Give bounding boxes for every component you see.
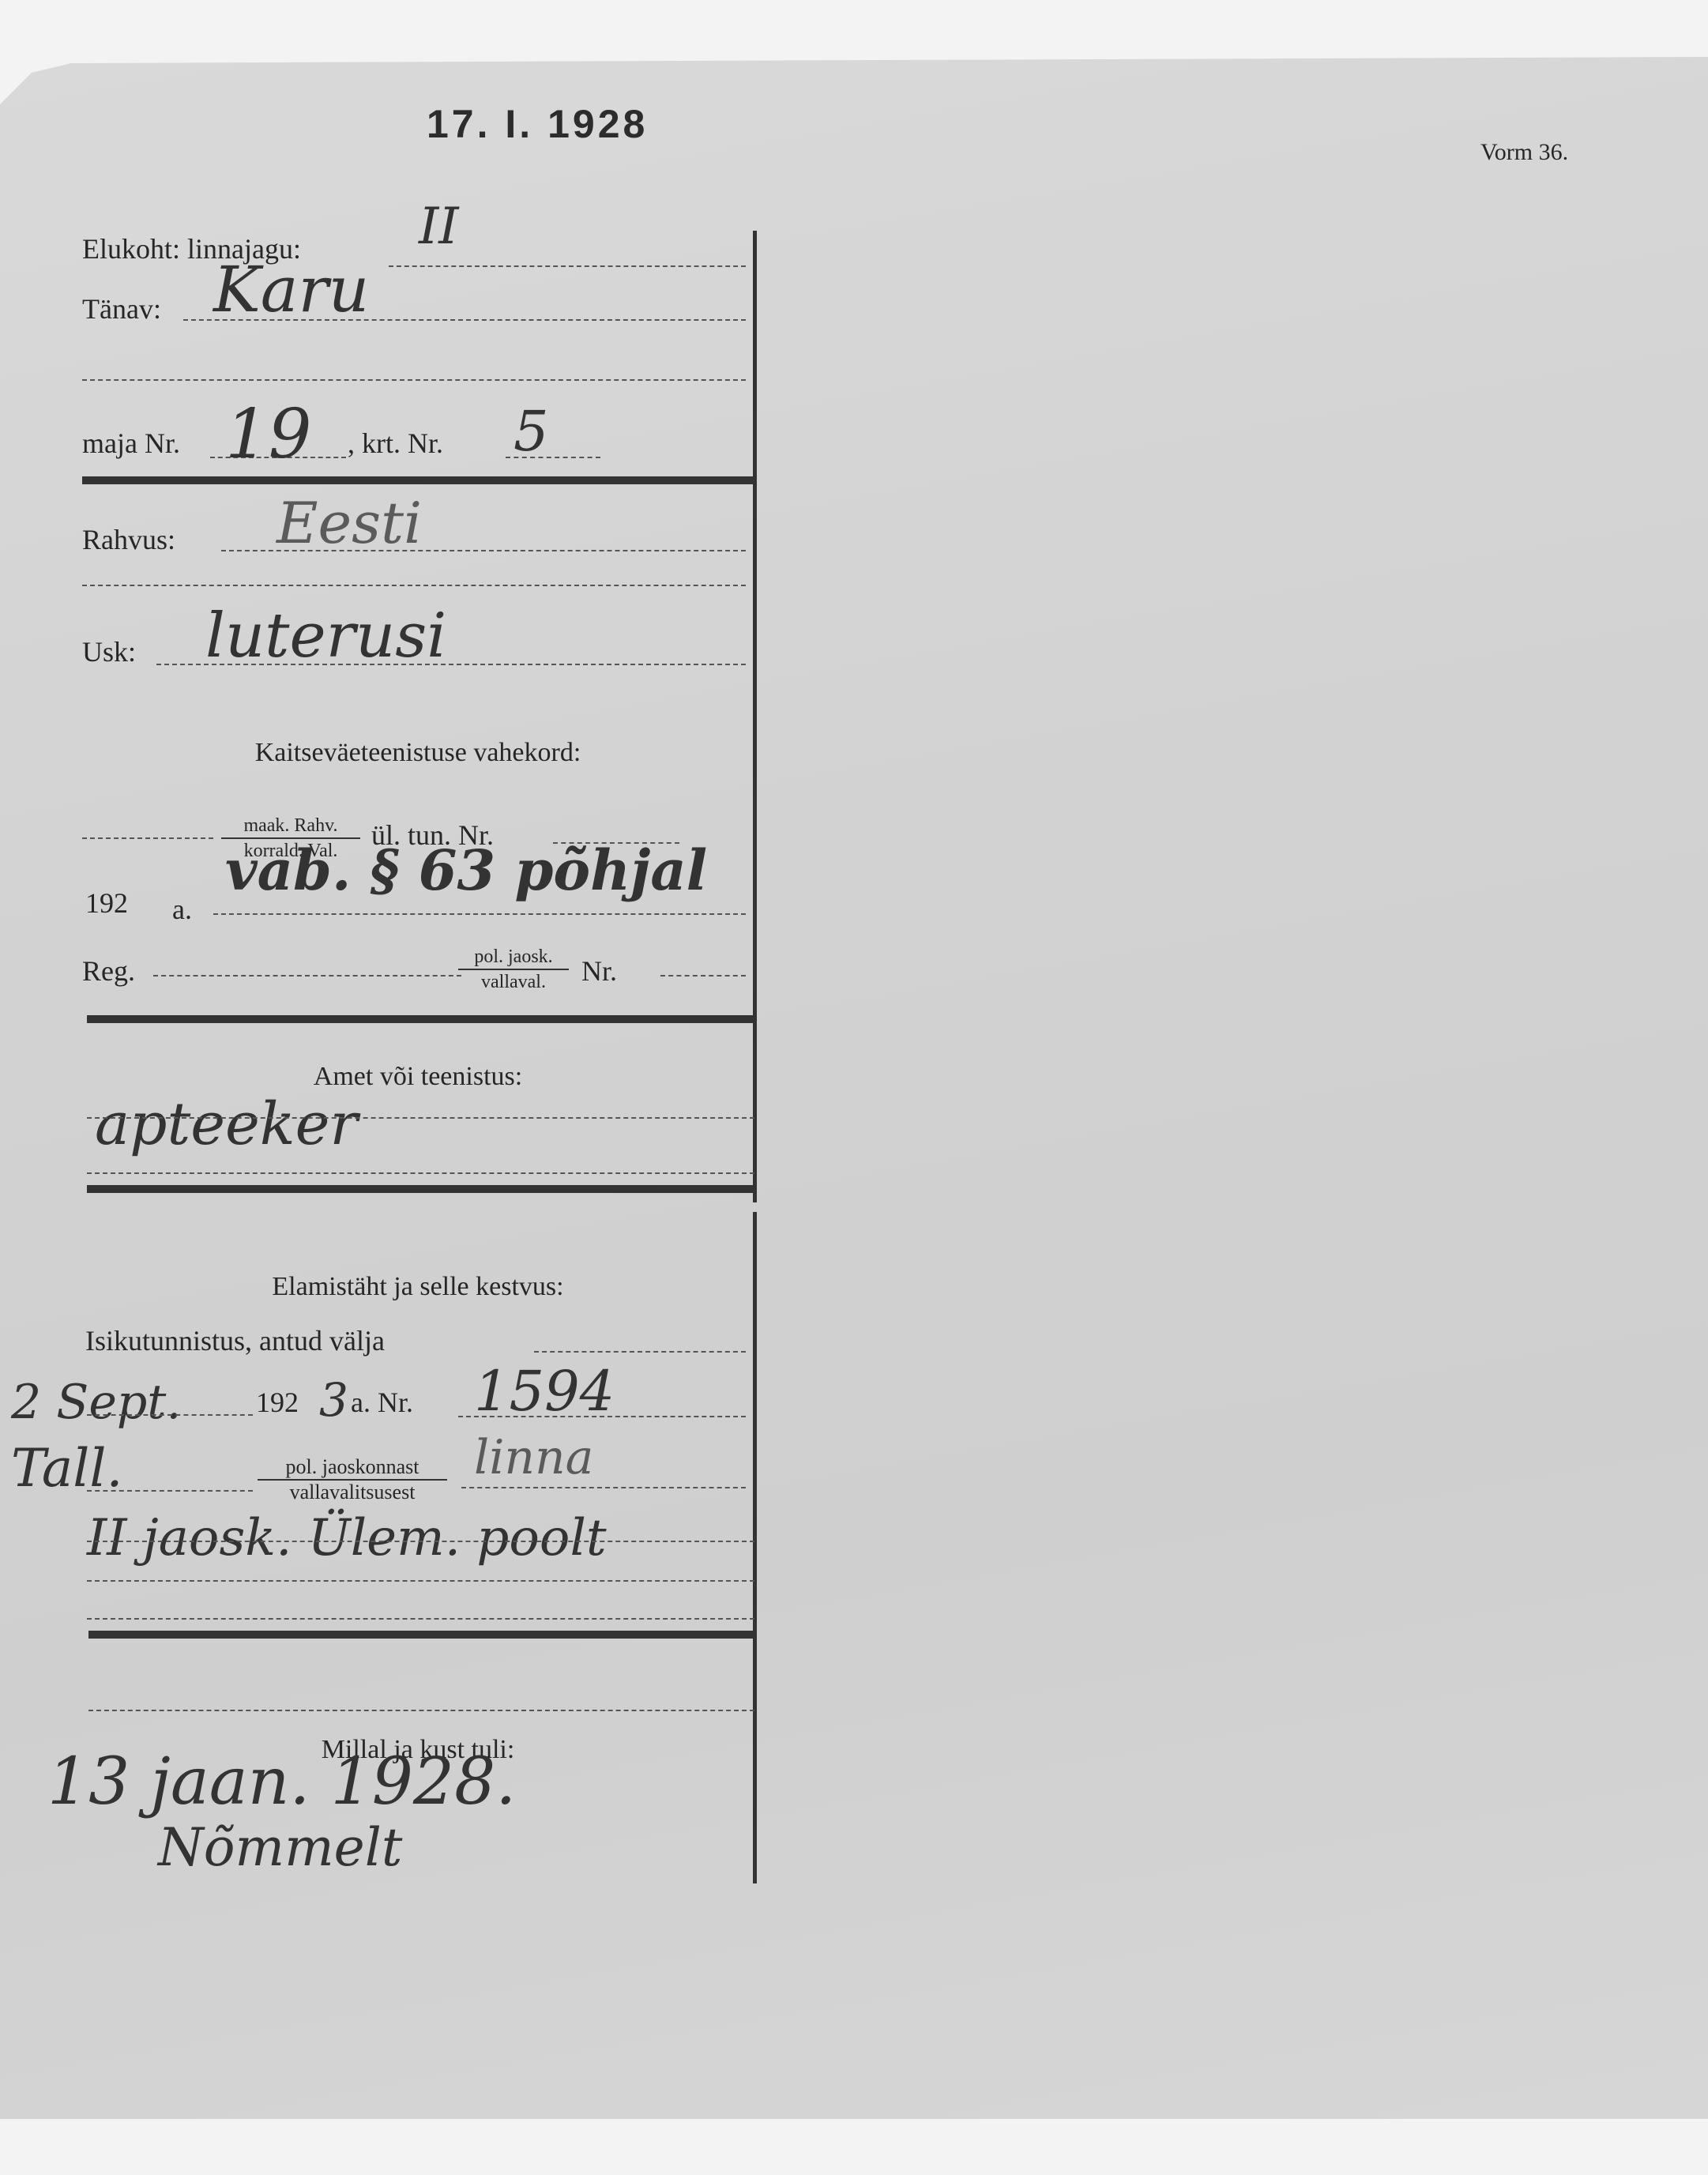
religion-label: Usk: (82, 635, 136, 668)
military-line (82, 837, 213, 839)
reg-label: Reg. (82, 954, 135, 988)
district-value[interactable]: II (419, 198, 459, 256)
reg-line (153, 975, 461, 976)
religion-value[interactable]: luterusi (205, 600, 446, 672)
nationality-label: Rahvus: (82, 523, 175, 556)
column-divider-lower (753, 1212, 757, 1883)
reg-nr-line (660, 975, 746, 976)
house-number-label: maja Nr. (82, 427, 180, 460)
military-year-suffix: a. (172, 893, 192, 926)
military-value[interactable]: vab. § 63 põhjal (225, 837, 707, 903)
section-rule (88, 1631, 754, 1639)
fraction-top: pol. jaoskonnast (258, 1455, 447, 1481)
blank-line (87, 1580, 754, 1582)
fraction-top: maak. Rahv. (221, 814, 360, 839)
blank-line (82, 585, 746, 586)
id-issued-label: Isikutunnistus, antud välja (85, 1324, 385, 1357)
received-date-stamp: 17. I. 1928 (427, 101, 648, 147)
id-issuer-line1[interactable]: linna (474, 1430, 593, 1485)
column-divider (753, 231, 757, 1202)
id-year-value[interactable]: 3 (319, 1373, 348, 1427)
reg-fraction: pol. jaosk. vallaval. (458, 945, 569, 994)
arrival-line2[interactable]: Nõmmelt (158, 1817, 402, 1878)
id-date-value[interactable]: 2 Sept. (11, 1375, 181, 1430)
blank-line (87, 1541, 754, 1542)
blank-line (87, 1172, 754, 1174)
occupation-line (87, 1117, 754, 1119)
occupation-value[interactable]: apteeker (95, 1090, 358, 1158)
form-number: Vorm 36. (1480, 139, 1568, 166)
military-heading: Kaitseväeteenistuse vahekord: (82, 738, 754, 768)
blank-line (88, 1710, 754, 1711)
district-line (389, 265, 746, 267)
id-number-label: a. Nr. (351, 1386, 413, 1419)
street-value[interactable]: Karu (213, 253, 369, 326)
street-label: Tänav: (82, 292, 161, 325)
apartment-value[interactable]: 5 (514, 399, 549, 464)
id-year-label: 192 (256, 1386, 299, 1419)
military-year-label: 192 (85, 886, 128, 920)
id-issuer-line2[interactable]: II jaosk. Ülem. poolt (87, 1509, 607, 1567)
fraction-bottom: vallaval. (458, 970, 569, 994)
id-issuer-line (461, 1487, 746, 1488)
apartment-label: , krt. Nr. (348, 427, 443, 460)
arrival-line1[interactable]: 13 jaan. 1928. (47, 1744, 516, 1819)
id-issued-line (534, 1351, 746, 1353)
id-place-line (87, 1490, 253, 1492)
residence-permit-heading: Elamistäht ja selle kestvus: (82, 1272, 754, 1302)
fraction-bottom: vallavalitsusest (258, 1481, 447, 1504)
section-rule (87, 1015, 754, 1023)
section-rule (82, 476, 754, 484)
blank-line (82, 379, 746, 381)
military-value-line (213, 913, 746, 915)
id-date-line (87, 1414, 253, 1416)
reg-nr-label: Nr. (581, 954, 617, 988)
house-number-value[interactable]: 19 (225, 395, 311, 474)
fraction-top: pol. jaosk. (458, 945, 569, 970)
id-number-value[interactable]: 1594 (474, 1359, 615, 1424)
nationality-value[interactable]: Eesti (277, 490, 422, 556)
id-issuer-fraction: pol. jaoskonnast vallavalitsusest (258, 1455, 447, 1504)
occupation-heading: Amet või teenistus: (82, 1062, 754, 1092)
section-rule (87, 1185, 754, 1193)
blank-line (87, 1618, 754, 1620)
